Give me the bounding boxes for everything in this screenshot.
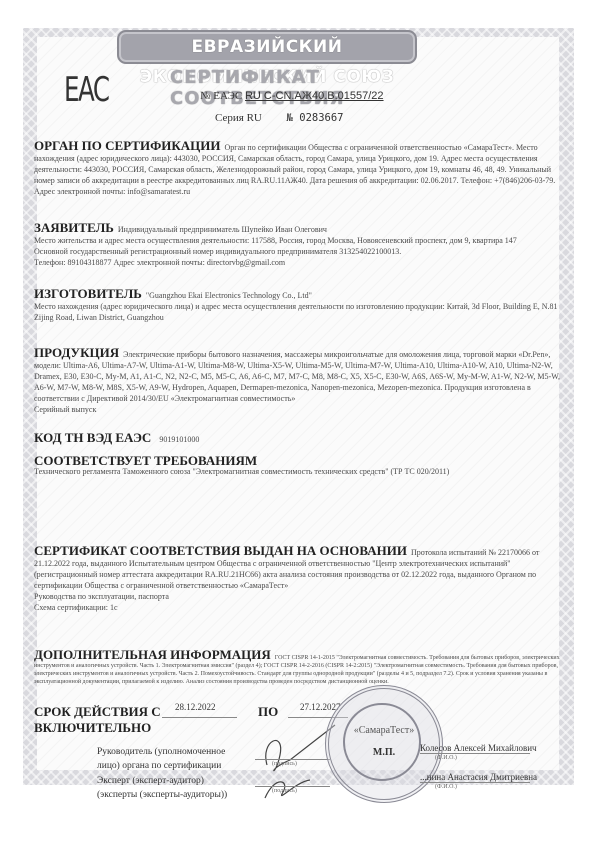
expert-name-caption: (Ф.И.О.)	[435, 784, 457, 790]
section-heading: ЗАЯВИТЕЛЬ	[34, 220, 114, 235]
expert-name-line	[420, 782, 530, 783]
section-heading: СООТВЕТСТВУЕТ ТРЕБОВАНИЯМ	[34, 455, 560, 466]
expert-signature-caption: (подпись)	[272, 788, 297, 794]
expert-signature-line	[255, 786, 330, 787]
section-certification-body: ОРГАН ПО СЕРТИФИКАЦИИОрган по сертификац…	[34, 140, 564, 197]
head-name-line	[420, 753, 530, 754]
validity-inclusive-label: ВКЛЮЧИТЕЛЬНО	[34, 721, 151, 735]
head-signature-line	[255, 759, 330, 760]
section-requirements: СООТВЕТСТВУЕТ ТРЕБОВАНИЯМ Технического р…	[34, 455, 564, 477]
section-basis: СЕРТИФИКАТ СООТВЕТСТВИЯ ВЫДАН НА ОСНОВАН…	[34, 545, 564, 613]
series-line: Серия RU № 0283667	[215, 112, 344, 124]
section-product: ПРОДУКЦИЯЭлектрические приборы бытового …	[34, 347, 564, 415]
blank-number: № 0283667	[287, 112, 344, 124]
expert-label: Эксперт (эксперт-аудитор) (эксперты (экс…	[97, 774, 227, 802]
registration-number: № ЕАЭС RU C-CN.АЖ40.В.01557/22	[200, 90, 384, 102]
certificate-title: СЕРТИФИКАТ СООТВЕТСТВИЯ	[170, 67, 430, 109]
validity-from-label: СРОК ДЕЙСТВИЯ С	[34, 705, 161, 719]
validity-from-date: 28.12.2022	[175, 700, 216, 714]
eac-logo: EAC	[64, 70, 109, 110]
section-applicant: ЗАЯВИТЕЛЬИндивидуальный предприниматель …	[34, 222, 564, 268]
section-manufacturer: ИЗГОТОВИТЕЛЬ"Guangzhou Ekai Electronics …	[34, 288, 564, 323]
section-heading: ДОПОЛНИТЕЛЬНАЯ ИНФОРМАЦИЯ	[34, 647, 271, 662]
section-heading: СЕРТИФИКАТ СООТВЕТСТВИЯ ВЫДАН НА ОСНОВАН…	[34, 543, 407, 558]
section-tnved-code: КОД ТН ВЭД ЕАЭС 9019101000	[34, 432, 564, 445]
section-heading: ПРОДУКЦИЯ	[34, 345, 119, 360]
union-title-banner: ЕВРАЗИЙСКИЙ ЭКОНОМИЧЕСКИЙ СОЮЗ	[117, 30, 417, 64]
head-label: Руководитель (уполномоченное лицо) орган…	[97, 745, 225, 773]
section-heading: КОД ТН ВЭД ЕАЭС	[34, 430, 151, 445]
section-additional-info: ДОПОЛНИТЕЛЬНАЯ ИНФОРМАЦИЯГОСТ CISPR 14-1…	[34, 651, 564, 686]
head-name-caption: (Ф.И.О.)	[435, 755, 457, 761]
registration-number-value: RU C-CN.АЖ40.В.01557/22	[245, 90, 384, 102]
section-heading: ОРГАН ПО СЕРТИФИКАЦИИ	[34, 138, 221, 153]
head-signature-caption: (подпись)	[272, 761, 297, 767]
validity-from-line	[162, 717, 237, 718]
validity-to-label: ПО	[258, 705, 278, 719]
section-heading: ИЗГОТОВИТЕЛЬ	[34, 286, 142, 301]
